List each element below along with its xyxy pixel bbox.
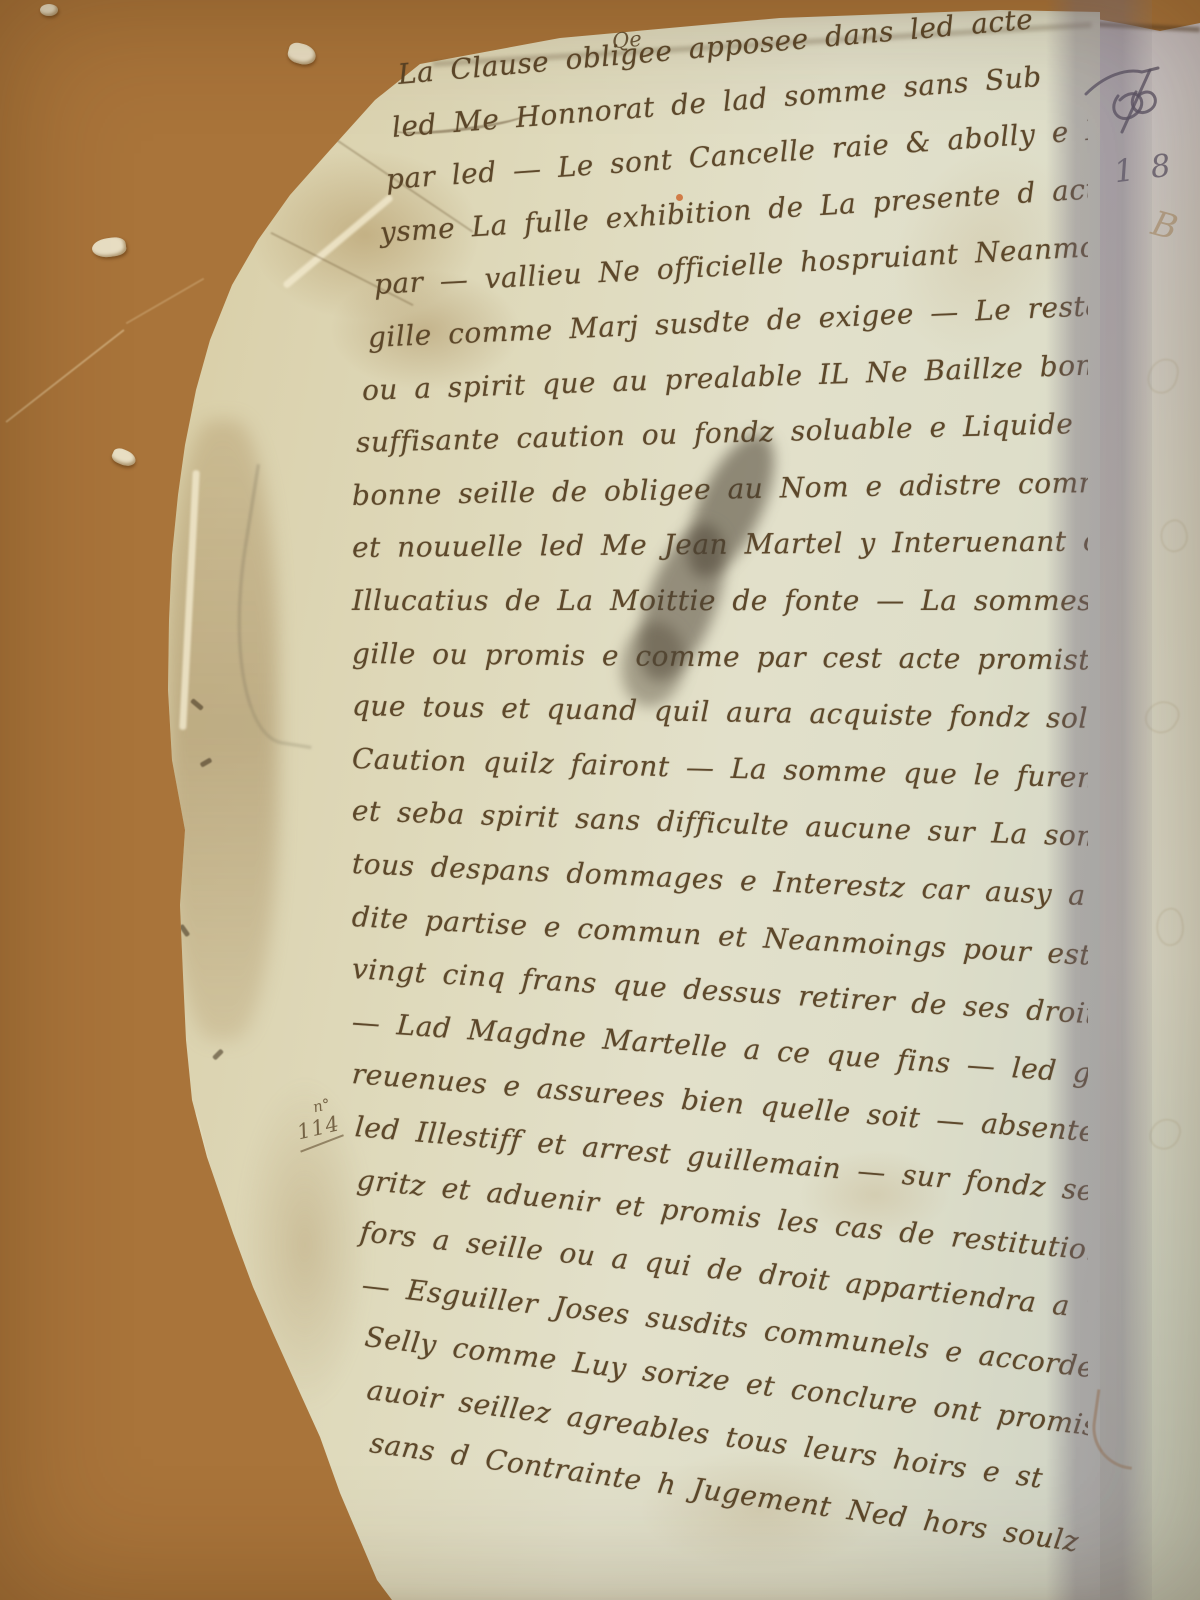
manuscript-line: que tous et quand quil aura acquiste fon… bbox=[352, 689, 1088, 737]
manuscript-line: Caution quilz fairont — La somme que le … bbox=[352, 742, 1088, 799]
manuscript-text-block: Qe La Clause obligee apposee dans led ac… bbox=[0, 0, 1088, 1600]
book-gutter-shadow bbox=[1046, 0, 1152, 1600]
margin-note-number: 114 bbox=[293, 1111, 343, 1145]
manuscript-line: ou a spirit que au prealable IL Ne Baill… bbox=[361, 347, 1088, 408]
manuscript-line: gille ou promis e comme par cest acte pr… bbox=[352, 637, 1088, 677]
manuscript-line: suffisante caution ou fondz soluable e L… bbox=[356, 406, 1088, 460]
photo-root: { "scene": { "description": "Photograph … bbox=[0, 0, 1200, 1600]
manuscript-line: et seba spirit sans difficulte aucune su… bbox=[351, 794, 1088, 856]
pen-trial-scribble-icon bbox=[1080, 60, 1180, 144]
